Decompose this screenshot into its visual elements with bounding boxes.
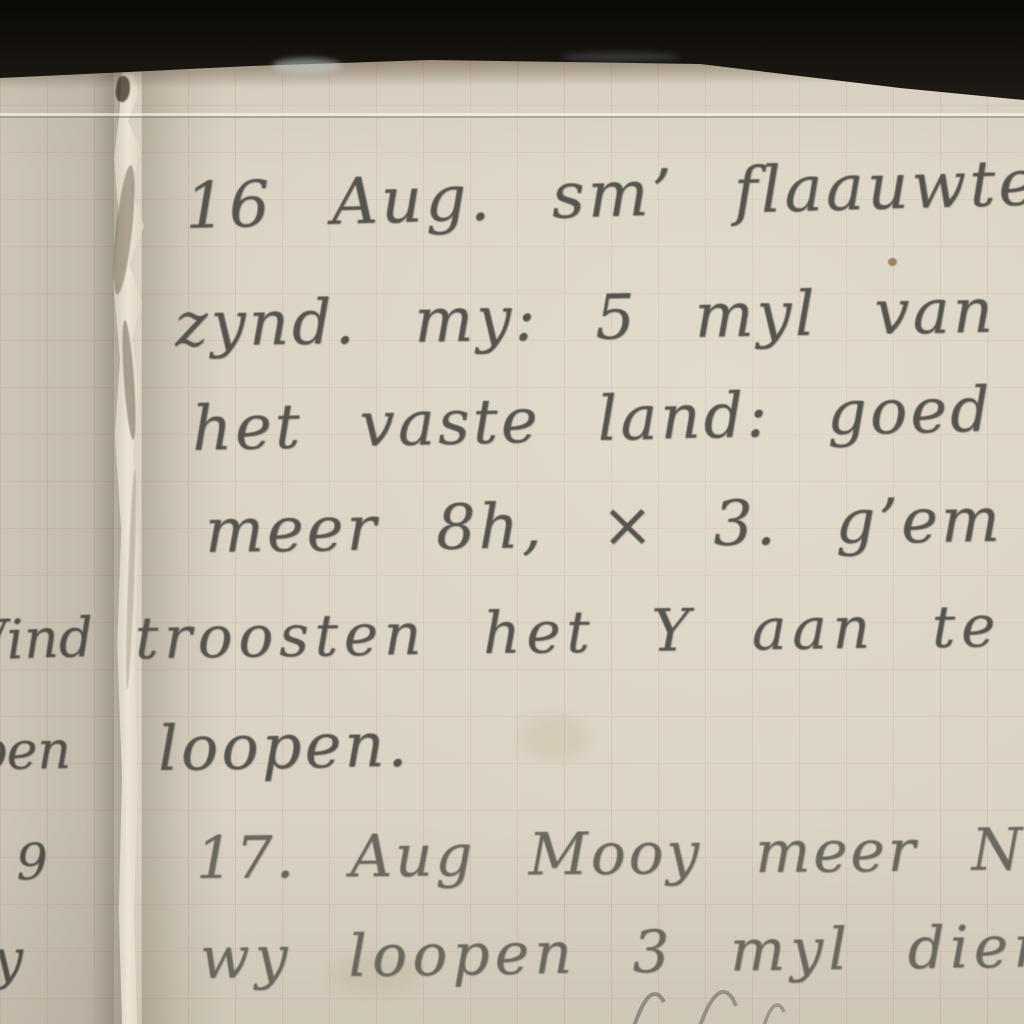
partial-next-line-strokes	[0, 0, 1024, 1024]
notebook-photo: 16 Aug. sm’ flaauwte zynd. my: 5 myl van…	[0, 0, 1024, 1024]
handwritten-entry: 16 Aug. sm’ flaauwte zynd. my: 5 myl van…	[0, 0, 1024, 1024]
dust-smudge	[272, 58, 342, 74]
dust-smudge	[560, 52, 680, 62]
